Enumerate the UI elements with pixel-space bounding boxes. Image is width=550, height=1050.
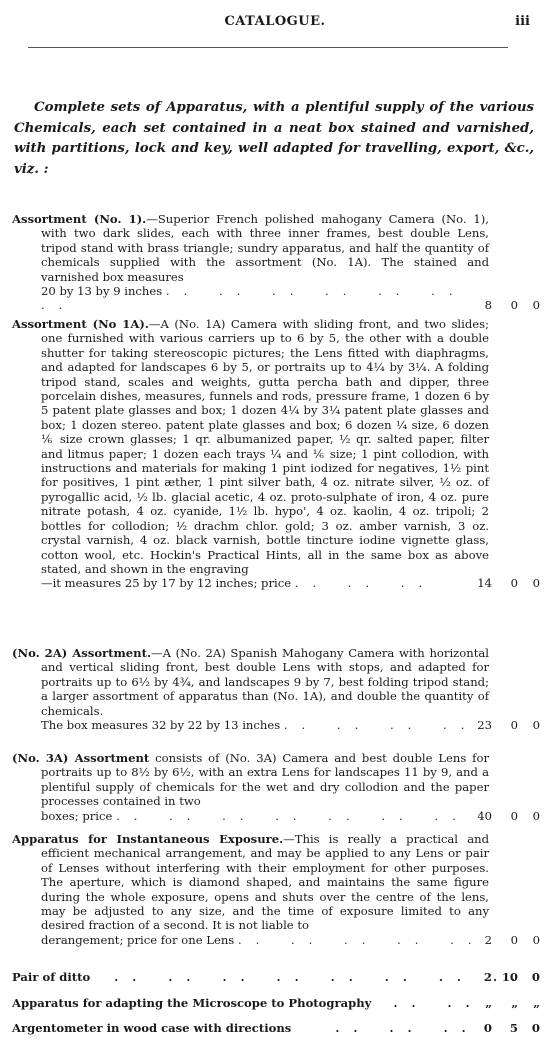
price-pence: 0 [522, 933, 540, 947]
entry-description: Assortment (No 1A).—A (No. 1A) Camera wi… [12, 317, 489, 576]
dot-leader: .. .. .. .. .. .. .. [116, 809, 470, 823]
entry-description: Apparatus for Instantaneous Exposure.—Th… [12, 832, 489, 933]
catalogue-entry-no-3a: (No. 3A) Assortment consists of (No. 3A)… [12, 751, 540, 823]
price: 1400 [470, 576, 540, 590]
price-pence: „ [522, 996, 540, 1010]
entry-last-line: boxes; price .. .. .. .. .. .. .. [12, 809, 489, 823]
entry-text: —A (No. 1A) Camera with sliding front, a… [41, 317, 489, 576]
entry-last-line: 20 by 13 by 9 inches .. .. .. .. .. .. .… [12, 284, 489, 313]
price-pounds: 14 [470, 576, 492, 590]
entry-label: Assortment (No 1A). [12, 317, 149, 331]
catalogue-item-pair-of-ditto: Pair of ditto .. .. .. .. .. .. .. .. 21… [12, 970, 540, 984]
price-pounds: „ [470, 996, 492, 1010]
entry-last-line: derangement; price for one Lens .. .. ..… [12, 933, 489, 947]
entry-label: Assortment (No. 1). [12, 212, 146, 226]
entry-label: Apparatus for Instantaneous Exposure. [12, 832, 283, 846]
entry-last-text: derangement; price for one Lens [41, 933, 234, 947]
entry-label: (No. 2A) Assortment. [12, 646, 151, 660]
price-pence: 0 [522, 970, 540, 984]
price-shillings: „ [496, 996, 518, 1010]
price-shillings: 5 [496, 1021, 518, 1035]
dot-leader: .. .. .. [295, 576, 436, 590]
running-title: CATALOGUE. [0, 14, 550, 29]
price-shillings: 0 [496, 298, 518, 312]
catalogue-entry-no-2a: (No. 2A) Assortment.—A (No. 2A) Spanish … [12, 646, 540, 732]
entry-last-line: The box measures 32 by 22 by 13 inches .… [12, 718, 489, 732]
price-pence: 0 [522, 809, 540, 823]
entry-label: (No. 3A) Assortment [12, 751, 149, 765]
price-shillings: 0 [496, 576, 518, 590]
price: 2300 [470, 718, 540, 732]
entry-last-text: boxes; price [41, 809, 112, 823]
catalogue-entry-no-1a: Assortment (No 1A).—A (No. 1A) Camera wi… [12, 317, 540, 591]
catalogue-entry-no-1: Assortment (No. 1).—Superior French poli… [12, 212, 540, 313]
entry-description: (No. 2A) Assortment.—A (No. 2A) Spanish … [12, 646, 489, 718]
price-shillings: 0 [496, 809, 518, 823]
price: „„„ [470, 996, 540, 1010]
price: 2100 [470, 970, 540, 984]
price-pence: 0 [522, 298, 540, 312]
price-pence: 0 [522, 576, 540, 590]
entry-last-text: The box measures 32 by 22 by 13 inches [41, 718, 280, 732]
price-pounds: 40 [470, 809, 492, 823]
item-label: Pair of ditto [12, 970, 90, 984]
item-label: Argentometer in wood case with direction… [12, 1021, 291, 1035]
dot-leader: .. .. .. .. [284, 718, 479, 732]
price-pence: 0 [522, 718, 540, 732]
dot-leader: .. .. .. .. .. .. .. .. [114, 970, 529, 984]
page-number: iii [515, 14, 530, 29]
price: 050 [470, 1021, 540, 1035]
price-pounds: 0 [470, 1021, 492, 1035]
price-shillings: 10 [496, 970, 518, 984]
price-pounds: 23 [470, 718, 492, 732]
catalogue-entry-instantaneous-exposure: Apparatus for Instantaneous Exposure.—Th… [12, 832, 540, 947]
entry-text: —This is really a practical and efficien… [41, 832, 489, 932]
price-shillings: 0 [496, 718, 518, 732]
price-pounds: 2 [470, 933, 492, 947]
price-pounds: 8 [470, 298, 492, 312]
intro-paragraph: Complete sets of Apparatus, with a plent… [14, 98, 534, 180]
price: 200 [470, 933, 540, 947]
price: 4000 [470, 809, 540, 823]
page-header: CATALOGUE. iii [0, 14, 550, 34]
catalogue-item-microscope-apparatus: Apparatus for adapting the Microscope to… [12, 996, 540, 1010]
entry-last-text: —it measures 25 by 17 by 12 inches; pric… [41, 576, 291, 590]
price: 800 [470, 298, 540, 312]
price-pounds: 2 [470, 970, 492, 984]
entry-description: Assortment (No. 1).—Superior French poli… [12, 212, 489, 284]
entry-description: (No. 3A) Assortment consists of (No. 3A)… [12, 751, 489, 809]
catalogue-item-argentometer: Argentometer in wood case with direction… [12, 1021, 540, 1035]
item-label: Apparatus for adapting the Microscope to… [12, 996, 371, 1010]
entry-last-line: —it measures 25 by 17 by 12 inches; pric… [12, 576, 489, 590]
dot-leader: .. .. .. [335, 1021, 479, 1035]
header-rule [28, 47, 508, 48]
dot-leader: .. .. .. .. .. [238, 933, 486, 947]
price-shillings: 0 [496, 933, 518, 947]
price-pence: 0 [522, 1021, 540, 1035]
entry-last-text: 20 by 13 by 9 inches [41, 284, 162, 298]
